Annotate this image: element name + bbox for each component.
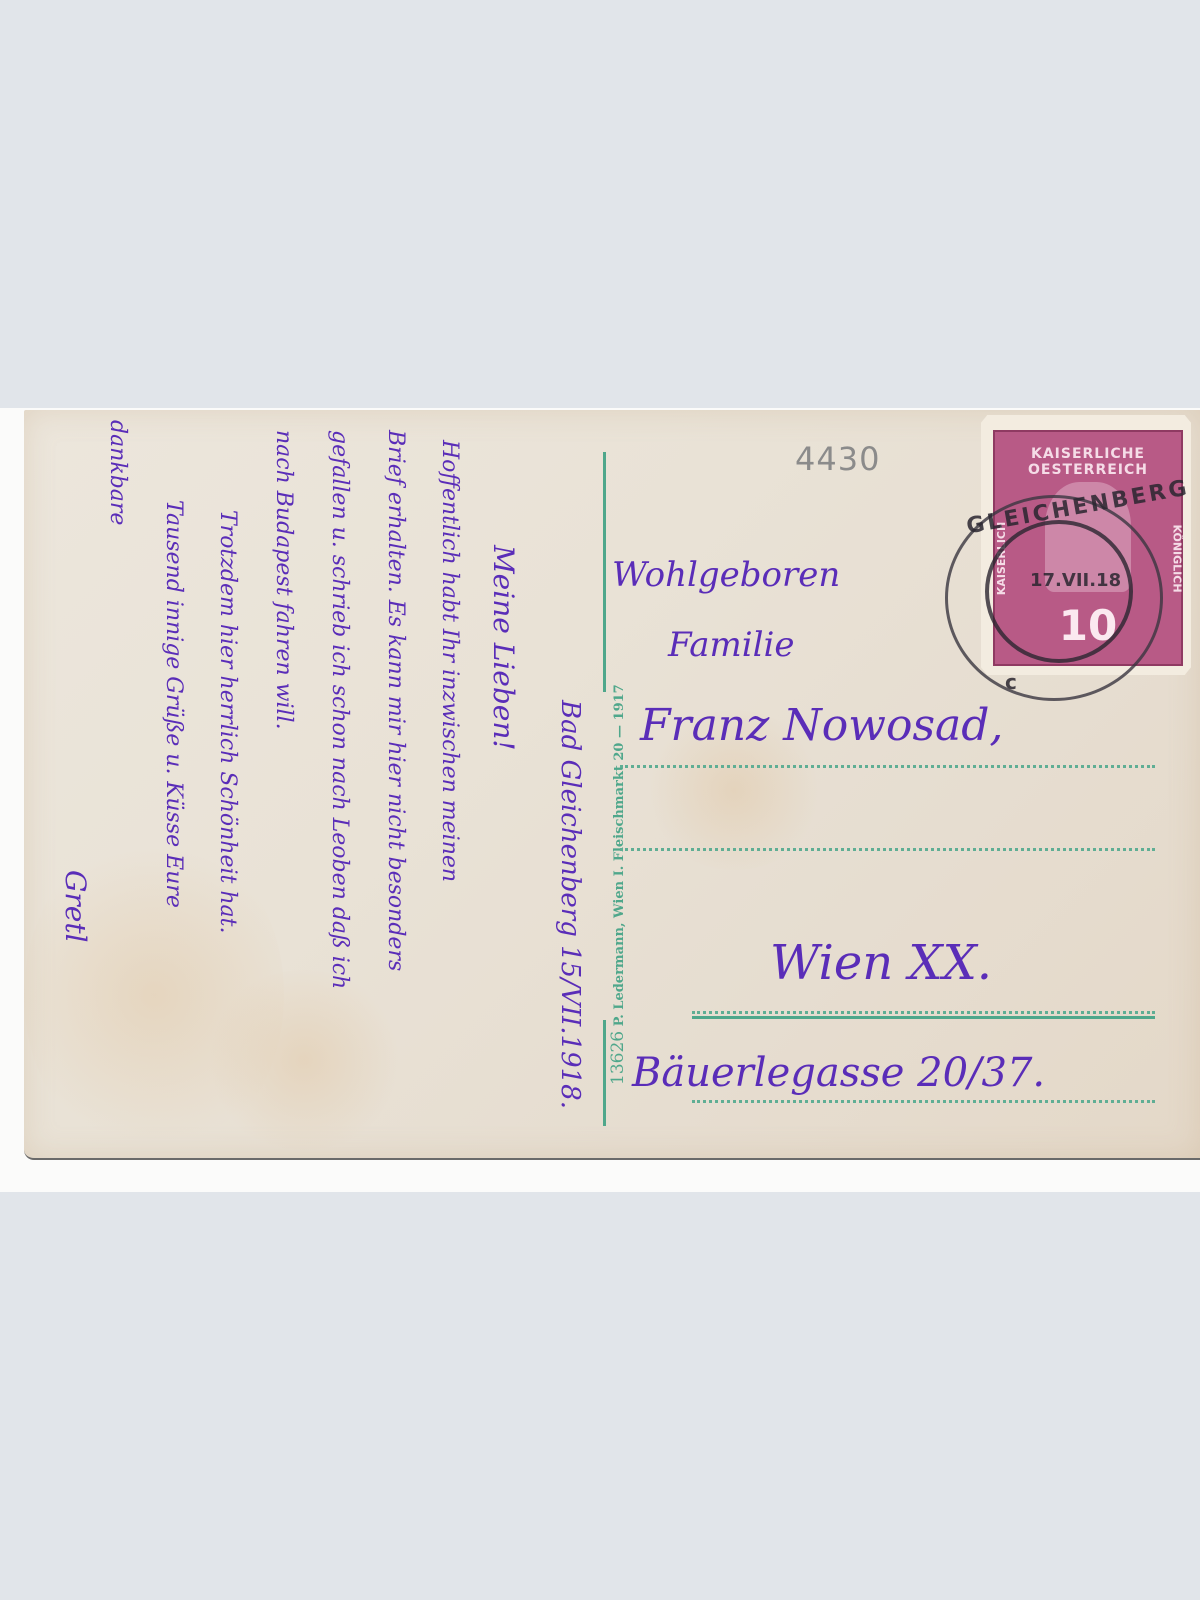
message-line: Trotzdem hier herrlich Schönheit hat. <box>215 510 240 934</box>
divider-line-top <box>603 452 606 692</box>
stamp-side-right: KÖNIGLICH <box>1170 524 1183 592</box>
address-line-1 <box>620 765 1155 768</box>
address-line-2 <box>620 848 1155 851</box>
stamp-country-text: KAISERLICHE OESTERREICH <box>995 446 1181 478</box>
archive-number: 4430 <box>795 440 880 478</box>
address-line-4 <box>692 1100 1155 1103</box>
paper-stain <box>204 970 404 1150</box>
printer-imprint: 13626 P. Ledermann, Wien I. Fleischmarkt… <box>608 684 628 1085</box>
postmark-letter: c <box>1005 670 1017 694</box>
divider-line-bottom <box>603 1020 606 1126</box>
message-line: dankbare <box>105 420 130 525</box>
series-number: 13626 <box>608 1031 628 1085</box>
printer-text: P. Ledermann, Wien I. Fleischmarkt 20 — … <box>612 684 627 1026</box>
message-signature: Gretl <box>59 870 92 943</box>
message-place-date: Bad Gleichenberg 15/VII.1918. <box>555 700 585 1109</box>
postmark-inner-ring <box>985 520 1133 663</box>
address-line-3-dotted <box>692 1011 1155 1014</box>
postmark-date: 17.VII.18 <box>1030 570 1121 591</box>
message-line: Brief erhalten. Es kann mir hier nicht b… <box>383 430 408 971</box>
message-line: nach Budapest fahren will. <box>271 430 296 730</box>
address-line-3-solid <box>692 1016 1155 1019</box>
message-line: gefallen u. schrieb ich schon nach Leobe… <box>327 430 352 989</box>
address-street: Bäuerlegasse 20/37. <box>632 1050 1045 1096</box>
address-recipient: Franz Nowosad, <box>640 700 1003 751</box>
message-line: Tausend innige Grüße u. Küsse Eure <box>161 500 186 908</box>
address-salutation: Wohlgeboren <box>612 555 840 595</box>
message-line: Hoffentlich habt Ihr inzwischen meinen <box>437 440 462 882</box>
address-family: Familie <box>668 625 795 665</box>
message-greeting: Meine Lieben! <box>487 545 520 751</box>
address-city: Wien XX. <box>770 935 992 991</box>
